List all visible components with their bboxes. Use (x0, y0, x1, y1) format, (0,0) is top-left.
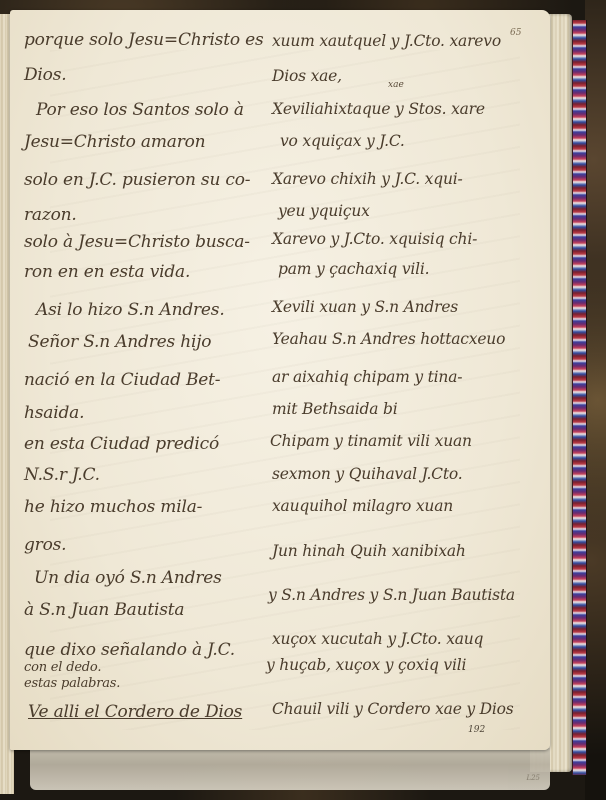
mayan-line: xauquihol milagro xuan (272, 497, 453, 515)
mayan-line: y huçab, xuçox y çoxiq vili (266, 656, 466, 674)
spanish-line: Un dia oyó S.n Andres (34, 568, 222, 588)
spanish-line: Dios. (24, 65, 66, 85)
mayan-line: yeu yquiçux (278, 202, 370, 220)
spanish-line: hsaida. (24, 403, 84, 423)
spanish-line: estas palabras. (24, 676, 120, 691)
folio-number: 65 (510, 28, 521, 38)
spanish-line: gros. (24, 535, 66, 555)
mayan-line: Chauil vili y Cordero xae y Dios (272, 700, 514, 718)
spanish-line: porque solo Jesu=Christo es (24, 30, 263, 50)
mayan-line: Dios xae, (272, 67, 342, 85)
spanish-line: ron en en esta vida. (24, 262, 190, 282)
mayan-line: vo xquiçax y J.C. (280, 132, 405, 150)
mayan-line: sexmon y Quihaval J.Cto. (272, 465, 462, 483)
spanish-line: razon. (24, 205, 77, 225)
mayan-line: Xeviliahixtaque y Stos. xare (272, 100, 485, 118)
spanish-line: Por eso los Santos solo à (36, 100, 244, 120)
mayan-line: Yeahau S.n Andres hottacxeuo (272, 330, 505, 348)
spanish-line: N.S.r J.C. (24, 465, 100, 485)
spanish-line: Jesu=Christo amaron (24, 132, 205, 152)
lower-margin-mark: L25 (526, 774, 540, 782)
spanish-line-underlined: Ve alli el Cordero de Dios (28, 702, 242, 722)
spanish-line: he hizo muchos mila- (24, 497, 202, 517)
mayan-line: mit Bethsaida bi (272, 400, 398, 418)
interlinear-note: xae (388, 80, 404, 90)
mayan-line: Xarevo y J.Cto. xquisiq chi- (272, 230, 477, 248)
spanish-line: Señor S.n Andres hijo (28, 332, 211, 352)
spanish-line: à S.n Juan Bautista (24, 600, 184, 620)
spanish-line: nació en la Ciudad Bet- (24, 370, 220, 390)
pencil-page-number: 192 (468, 725, 485, 735)
mayan-line: pam y çachaxiq vili. (278, 260, 429, 278)
mayan-line: Jun hinah Quih xanibixah (272, 542, 466, 560)
manuscript-page: 65 porque solo Jesu=Christo es Dios. Por… (10, 10, 550, 750)
mayan-line: xuum xautquel y J.Cto. xarevo (272, 32, 501, 50)
mayan-line: y S.n Andres y S.n Juan Bautista (268, 586, 515, 604)
mayan-line: Xevili xuan y S.n Andres (272, 298, 458, 316)
mayan-line: ar aixahiq chipam y tina- (272, 368, 462, 386)
manuscript-scan: L25 65 porque solo Jesu=Christo es Dios.… (0, 0, 606, 800)
marbled-edge (572, 20, 587, 775)
mayan-line: Chipam y tinamit vili xuan (270, 432, 472, 450)
mayan-line: xuçox xucutah y J.Cto. xauq (272, 630, 483, 648)
water-stain-area: L25 (30, 748, 550, 790)
book-cover-leather (585, 0, 606, 800)
spanish-line: que dixo señalando à J.C. (24, 640, 235, 660)
bleed-through-texture (50, 50, 520, 730)
spanish-line: en esta Ciudad predicó (24, 434, 219, 454)
spanish-line: solo en J.C. pusieron su co- (24, 170, 250, 190)
spanish-line: con el dedo. (24, 660, 101, 675)
mayan-line: Xarevo chixih y J.C. xqui- (272, 170, 463, 188)
spanish-line: Asi lo hizo S.n Andres. (36, 300, 225, 320)
spanish-line: solo à Jesu=Christo busca- (24, 232, 250, 252)
